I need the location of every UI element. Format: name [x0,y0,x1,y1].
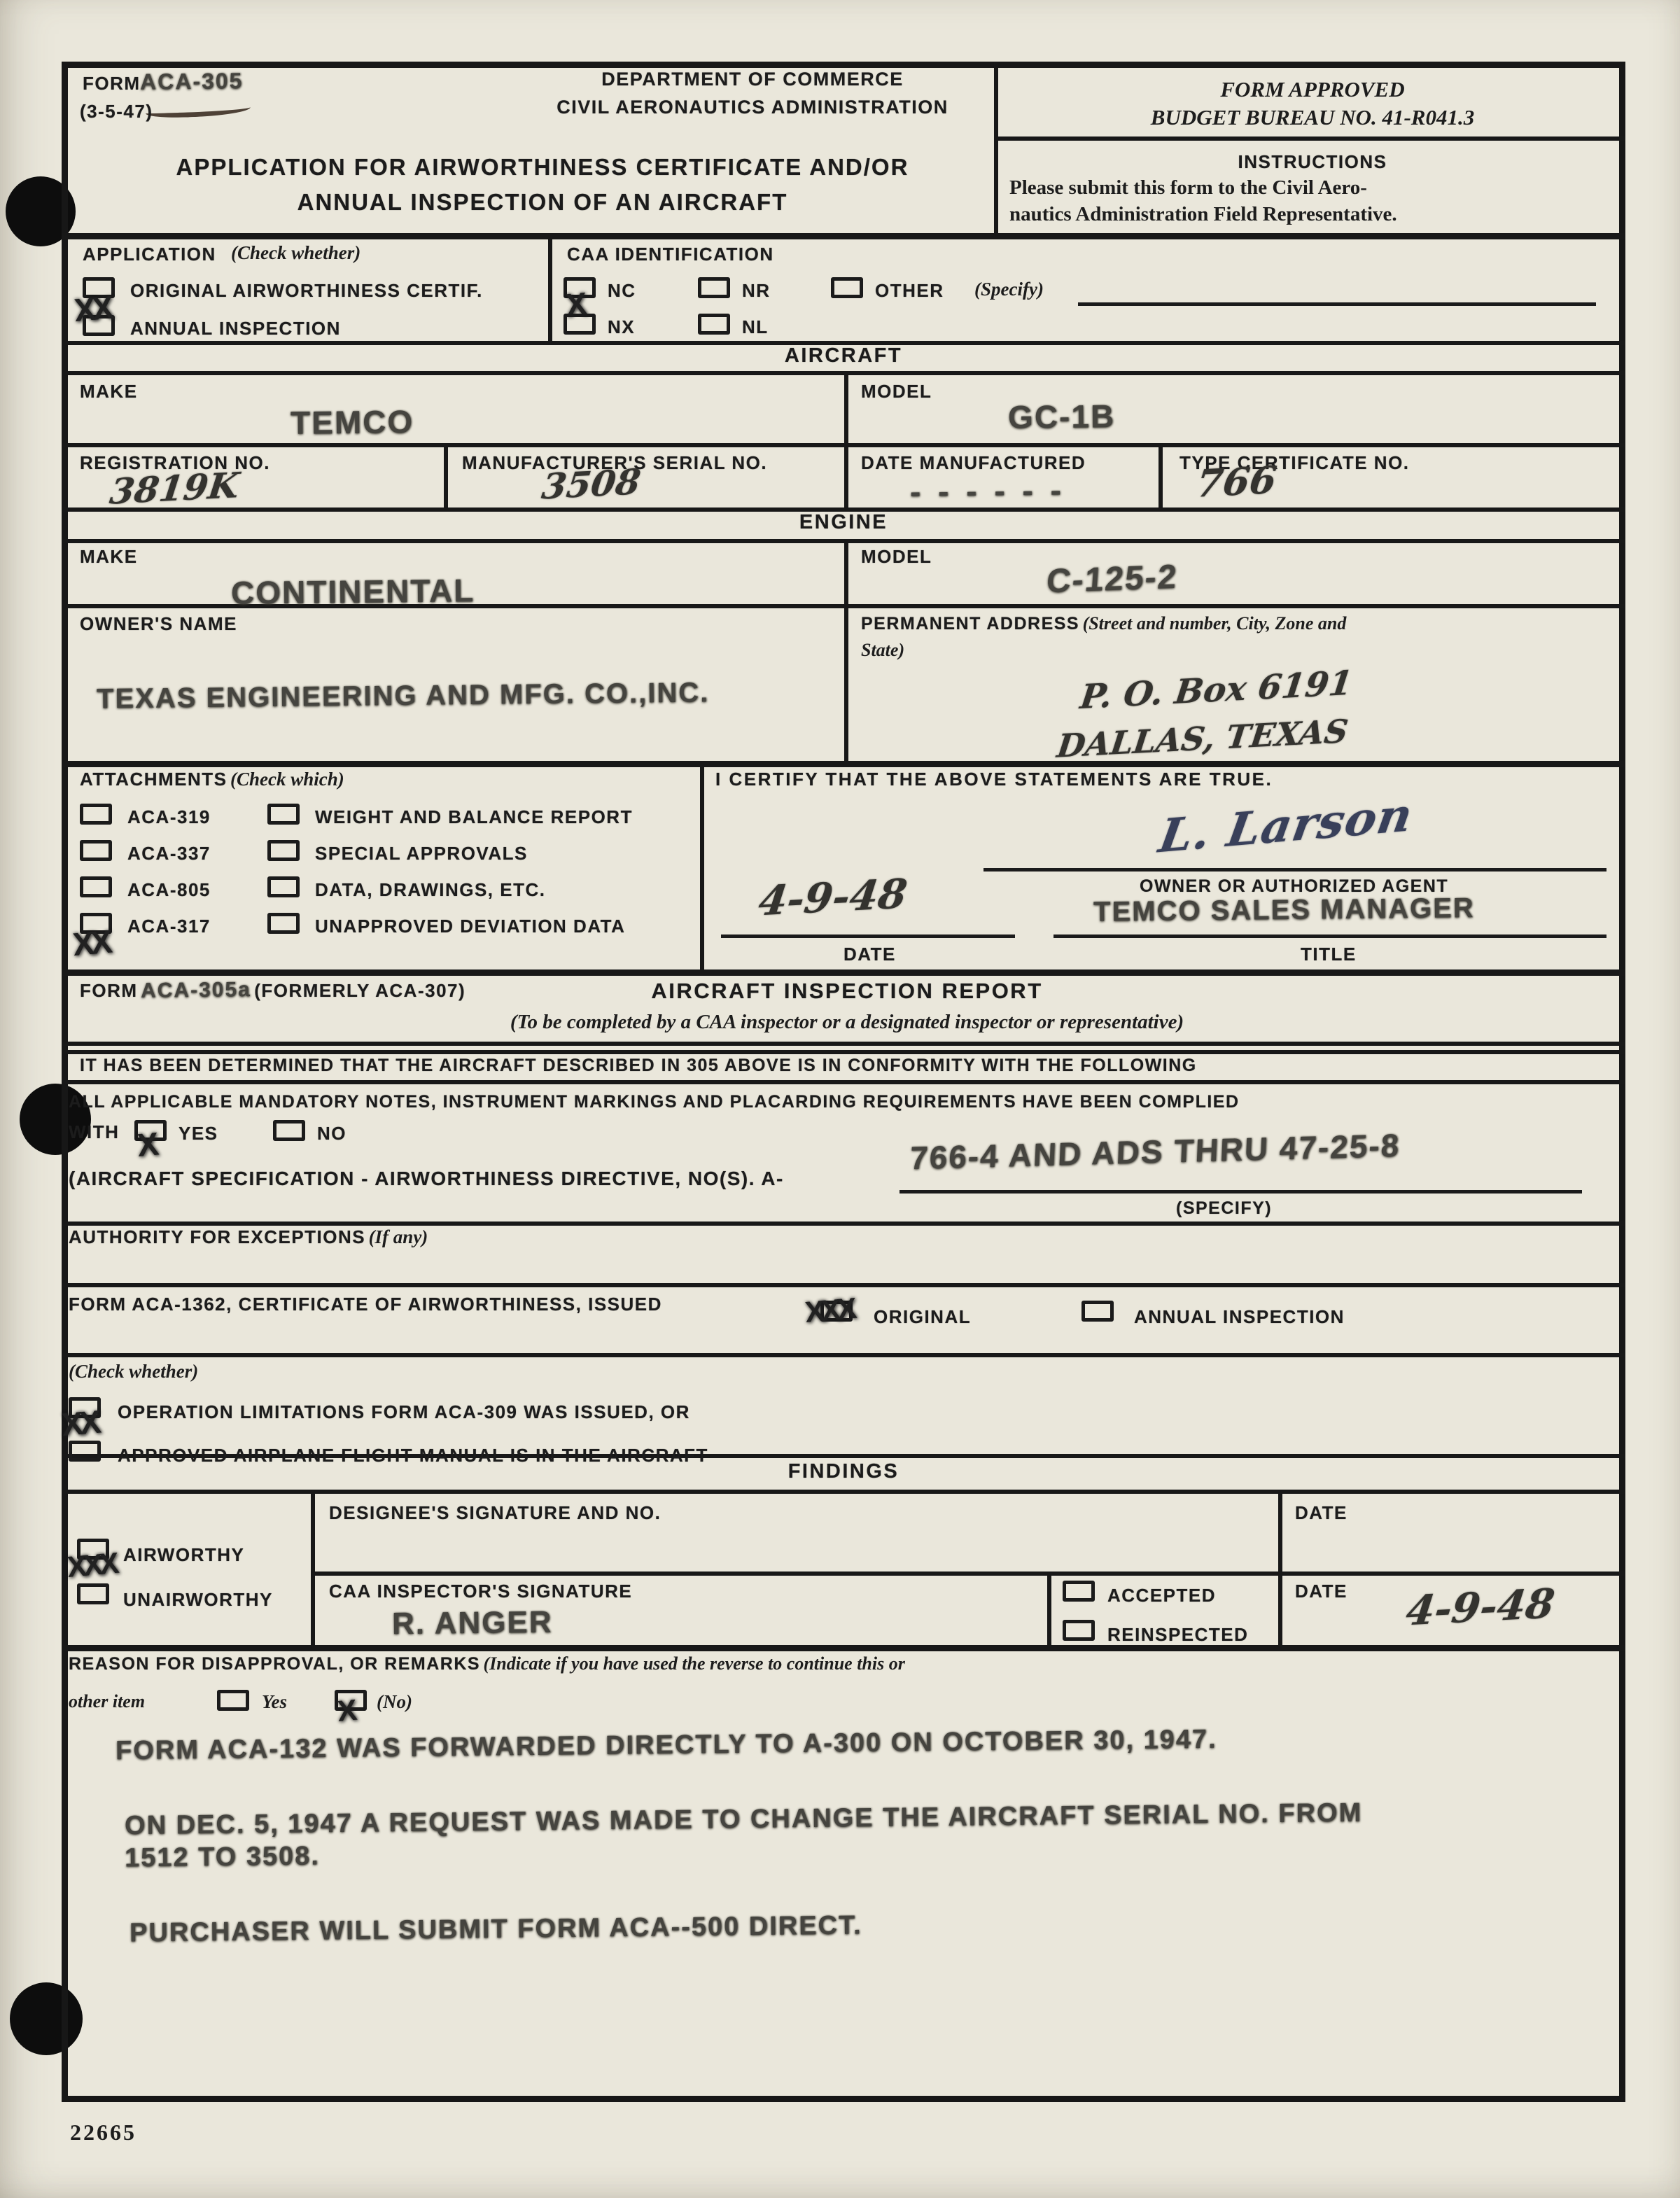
remarks-label-row: REASON FOR DISAPPROVAL, OR REMARKS (Indi… [69,1653,905,1674]
divider [62,1283,1625,1287]
certify-date-value: 4-9-48 [756,870,910,925]
remarks-hint: (Indicate if you have used the reverse t… [484,1653,905,1674]
checkbox-other [831,277,863,298]
checkbox-weight-balance [267,804,300,825]
checkbox-reverse-no-label: (No) [377,1691,412,1713]
checkbox-nl [698,314,730,335]
checkbox-yes-label: YES [178,1123,218,1144]
divider [311,1490,315,1645]
checkbox-special-approvals-label: SPECIAL APPROVALS [315,843,528,864]
check-mark: X [136,1125,157,1164]
divider [62,1353,1625,1357]
divider [62,1042,1625,1046]
divider [844,371,848,443]
checkbox-nl-label: NL [742,316,769,338]
checkbox-nx [563,314,596,335]
divider [62,371,1625,375]
checkbox-airworthy-label: AIRWORTHY [123,1544,244,1566]
checkbox-nc-label: NC [608,280,636,302]
type-certificate-value: 766 [1194,457,1280,506]
department-line2: CIVIL AERONAUTICS ADMINISTRATION [420,97,1085,118]
divider [62,761,1625,767]
divider [62,233,1625,239]
checkbox-flight-manual [69,1441,101,1462]
check-whether-hint: (Check whether) [69,1361,198,1382]
date-manufactured-value: - - - - - - [910,471,1065,510]
form-revision-date: (3-5-47) [80,101,153,122]
permanent-address-hint2: State) [861,640,904,661]
aircraft-make-label: MAKE [80,381,138,402]
designee-date-label: DATE [1295,1502,1347,1524]
owner-name-value: TEXAS ENGINEERING AND MFG. CO.,INC. [97,677,710,715]
checkbox-aca-337 [80,840,112,861]
check-mark: X [336,1693,355,1728]
authority-exceptions-hint: (If any) [369,1226,428,1247]
caa-identification-label: CAA IDENTIFICATION [567,244,774,265]
checkbox-nr-label: NR [742,280,771,302]
checkbox-reinspected-label: REINSPECTED [1107,1624,1248,1646]
checkbox-issued-original-label: ORIGINAL [874,1306,971,1328]
checkbox-annual-inspection-label: ANNUAL INSPECTION [130,318,341,339]
permanent-address-hint: (Street and number, City, Zone and [1083,613,1347,633]
engine-section-header: ENGINE [62,511,1625,534]
application-label: APPLICATION [83,244,216,265]
remark-line-3: 1512 TO 3508. [125,1842,320,1874]
attachments-label-row: ATTACHMENTS (Check which) [80,769,344,790]
checkbox-data-drawings-label: DATA, DRAWINGS, ETC. [315,879,545,901]
aircraft-section-header: AIRCRAFT [62,344,1625,367]
permanent-address-label-text: PERMANENT ADDRESS [861,614,1079,633]
form-number-word: FORM [83,73,141,94]
attachments-label: ATTACHMENTS [80,769,227,790]
divider [844,443,848,507]
divider [62,1050,1625,1054]
page-title: APPLICATION FOR AIRWORTHINESS CERTIFICAT… [98,154,987,181]
certify-title-label: TITLE [1301,944,1357,965]
divider [62,1221,1625,1226]
divider [1158,443,1163,507]
authority-exceptions-label: AUTHORITY FOR EXCEPTIONS [69,1226,365,1247]
checkbox-accepted [1063,1581,1095,1602]
title-value: TEMCO SALES MANAGER [1093,892,1475,928]
date-line [721,934,1015,938]
checkbox-reverse-yes [217,1690,249,1711]
blank-line [1078,302,1596,306]
report-form-number-row: FORM ACA-305a (FORMERLY ACA-307) [80,979,465,1002]
designee-signature-label: DESIGNEE'S SIGNATURE AND NO. [329,1502,661,1524]
inspector-date-label: DATE [1295,1581,1347,1602]
checkbox-reinspected [1063,1620,1095,1641]
divider [994,136,1625,141]
checkbox-operation-limitations-label: OPERATION LIMITATIONS FORM ACA-309 WAS I… [118,1401,690,1423]
divider [1278,1490,1282,1645]
checkbox-nx-label: NX [608,316,635,338]
instructions-title: INSTRUCTIONS [1001,151,1624,173]
findings-section-header: FINDINGS [62,1460,1625,1483]
divider [62,1645,1625,1651]
checkbox-aca-337-label: ACA-337 [127,843,211,864]
checkbox-unapproved-deviation [267,913,300,934]
checkbox-issued-annual [1081,1301,1114,1322]
divider [62,539,1625,543]
signature-line [983,868,1606,871]
determined-statement: IT HAS BEEN DETERMINED THAT THE AIRCRAFT… [80,1056,1197,1076]
checkbox-reverse-yes-label: Yes [262,1691,287,1713]
divider [844,539,848,761]
divider [700,761,704,969]
inspector-signature-label: CAA INSPECTOR'S SIGNATURE [329,1581,632,1602]
checkbox-unapproved-deviation-label: UNAPPROVED DEVIATION DATA [315,916,625,937]
with-label: WITH [69,1121,119,1143]
checkbox-unairworthy [77,1583,109,1604]
department-line1: DEPARTMENT OF COMMERCE [420,69,1085,90]
specify-caption: (SPECIFY) [1176,1198,1272,1219]
applicable-statement: ALL APPLICABLE MANDATORY NOTES, INSTRUME… [69,1092,1240,1112]
page-title-line2: ANNUAL INSPECTION OF AN AIRCRAFT [98,189,987,216]
remarks-hint-line2: other item [69,1691,145,1712]
checkbox-original-airworthiness-label: ORIGINAL AIRWORTHINESS CERTIF. [130,280,483,302]
certify-statement: I CERTIFY THAT THE ABOVE STATEMENTS ARE … [715,769,1273,790]
instructions-body-line1: Please submit this form to the Civil Aer… [1009,176,1367,199]
remarks-label: REASON FOR DISAPPROVAL, OR REMARKS [69,1654,480,1674]
footer-code: 22665 [70,2120,136,2145]
check-mark: XX [60,1403,99,1443]
checkbox-issued-annual-label: ANNUAL INSPECTION [1134,1306,1345,1328]
serial-value: 3508 [540,461,643,507]
check-mark: XX [73,288,112,329]
divider [1047,1571,1051,1645]
checkbox-aca-317-label: ACA-317 [127,916,211,937]
report-formerly: (FORMERLY ACA-307) [254,980,465,1001]
checkbox-data-drawings [267,876,300,897]
permanent-address-label: PERMANENT ADDRESS (Street and number, Ci… [861,613,1346,634]
spec-directive-label: (AIRCRAFT SPECIFICATION - AIRWORTHINESS … [69,1168,784,1190]
title-line [1053,934,1606,938]
report-form-number: ACA-305a [141,978,251,1003]
spec-line [899,1190,1582,1193]
attachments-hint: (Check which) [230,769,344,790]
engine-model-value: C-125-2 [1045,558,1179,601]
aircraft-make-value: TEMCO [290,402,414,442]
checkbox-nr [698,277,730,298]
instructions-body-line2: nautics Administration Field Representat… [1009,203,1397,226]
divider [311,1571,1625,1576]
certify-date-label: DATE [843,944,896,965]
engine-make-value: CONTINENTAL [231,571,475,612]
other-specify-hint: (Specify) [974,279,1044,300]
check-mark: XXX [66,1546,117,1584]
checkbox-aca-805-label: ACA-805 [127,879,211,901]
application-hint: (Check whether) [231,242,360,264]
engine-model-label: MODEL [861,546,932,568]
divider [548,233,552,341]
report-subtitle: (To be completed by a CAA inspector or a… [224,1011,1470,1034]
engine-make-label: MAKE [80,546,138,568]
aca-1362-label: FORM ACA-1362, CERTIFICATE OF AIRWORTHIN… [69,1294,662,1315]
form-approved-line2: BUDGET BUREAU NO. 41-R041.3 [1001,105,1624,130]
form-number: ACA-305 [140,68,244,95]
check-mark: XXX [804,1291,855,1329]
report-form-word: FORM [80,980,138,1001]
owner-name-label: OWNER'S NAME [80,613,237,635]
checkbox-special-approvals [267,840,300,861]
authority-exceptions-row: AUTHORITY FOR EXCEPTIONS (If any) [69,1226,428,1248]
registration-value: 3819K [108,464,241,512]
checkbox-accepted-label: ACCEPTED [1107,1585,1216,1606]
checkbox-aca-805 [80,876,112,897]
divider [62,1080,1625,1084]
divider [62,1490,1625,1494]
aircraft-model-value: GC-1B [1008,397,1116,436]
divider [444,443,448,507]
checkbox-aca-319-label: ACA-319 [127,806,211,828]
check-mark: XX [71,923,111,963]
checkbox-no-label: NO [317,1123,346,1144]
checkbox-no [273,1120,305,1141]
inspector-signature-value: R. ANGER [392,1605,553,1641]
divider [62,969,1625,976]
checkbox-aca-319 [80,804,112,825]
form-approved-line1: FORM APPROVED [1001,77,1624,102]
report-title: AIRCRAFT INSPECTION REPORT [490,979,1204,1004]
divider [62,443,1625,447]
checkbox-unairworthy-label: UNAIRWORTHY [123,1589,273,1611]
checkbox-other-label: OTHER [875,280,944,302]
inspector-date-value: 4-9-48 [1403,1580,1557,1635]
aircraft-model-label: MODEL [861,381,932,402]
scanned-form-page: FORM ACA-305 (3-5-47) DEPARTMENT OF COMM… [0,0,1680,2198]
checkbox-weight-balance-label: WEIGHT AND BALANCE REPORT [315,806,633,828]
